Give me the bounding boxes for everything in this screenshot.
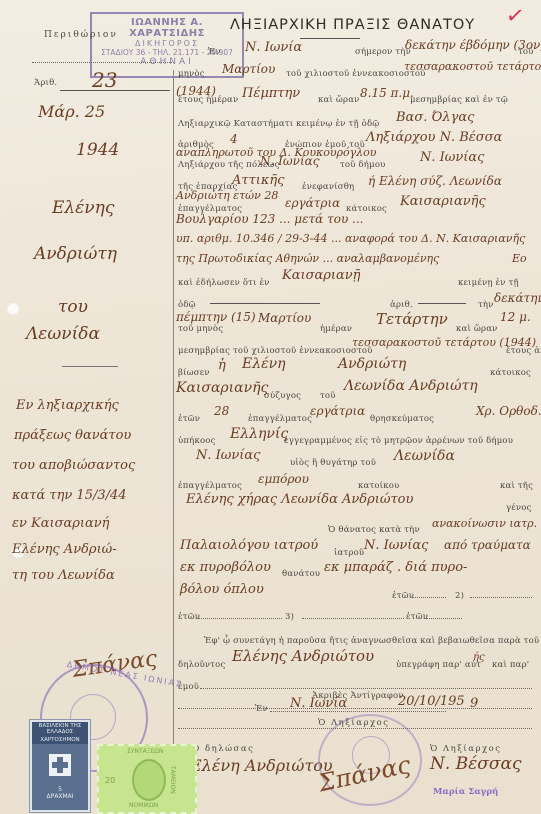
value-cause4: βόλου όπλου	[180, 582, 264, 597]
value-deceased-first: Ελένη	[242, 356, 286, 372]
label-hour: καὶ ὥραν	[456, 324, 498, 334]
margin-date-line1: Μάρ. 25	[38, 102, 105, 121]
value-deceased-residence: Καισαριανῆς	[176, 380, 268, 396]
dotted-line	[200, 688, 532, 689]
value-declarant: ή Ελένη σύζ. Λεωνίδα	[368, 174, 502, 188]
margin-note-line: του αποβιώσαντος	[12, 458, 135, 473]
label-en: Ἐν	[208, 47, 221, 57]
value-province: Αττικῆς	[232, 173, 284, 188]
label-3: 3)	[285, 612, 294, 622]
margin-name-line4: Λεωνίδα	[26, 324, 100, 344]
value-religion: Χρ. Ορθοδ.	[476, 404, 541, 418]
value-place: Ν. Ιωνία	[245, 40, 302, 55]
label-weekday: ἡμέραν	[320, 324, 352, 334]
value-hour: 8.15 π.μ.	[360, 86, 414, 100]
copy-date: 20/10/195	[398, 694, 465, 709]
label-years: ἐτῶν	[392, 591, 414, 601]
label-located: κειμένῃ ἐν τῇ	[458, 278, 519, 288]
label-and: καὶ τῆς	[500, 481, 533, 491]
value-father-profession: εμπόρου	[258, 472, 309, 486]
value-court: της Πρωτοδικίας Αθηνών ... αναλαμβανομέν…	[176, 252, 439, 265]
value-year: τεσσαρακοστοῦ τετάρτου	[404, 60, 541, 73]
margin-date-line2: 1944	[76, 140, 119, 160]
title-underline	[300, 38, 360, 39]
value-doctor-place: Ν. Ιωνίας	[364, 538, 428, 553]
label-municipality: τοῦ δήμου	[340, 160, 386, 170]
copy-year-suffix: 9	[470, 696, 478, 711]
stamp-currency: ΔΡΑΧΜΑΙ	[32, 793, 88, 800]
label-years: ἐτῶν	[178, 612, 200, 622]
label-cause: θανάτου	[282, 569, 320, 579]
value-residence: Καισαριανῆς	[400, 194, 486, 209]
label-and: καὶ παρ'	[492, 660, 529, 670]
label-birth: γένος	[506, 503, 532, 513]
value-permit: υπ. αριθμ. 10.346 / 29-3-44 ... αναφορά …	[176, 232, 525, 245]
label-spouse: σύζυγος	[264, 391, 301, 401]
value-article: ἡ	[218, 358, 226, 373]
value-age: 28	[214, 404, 229, 418]
margin-note-line: τη του Λεωνίδα	[12, 568, 115, 583]
margin-name-line2: Ανδριώτη	[34, 244, 117, 264]
label-profession: ἐπαγγέλματος	[178, 481, 242, 491]
number-label: Άριθ.	[34, 78, 57, 88]
label-street: ὁδῷ	[178, 300, 196, 310]
value-cert: ανακοίνωσιν ιατρ.	[432, 517, 537, 530]
label-month: μηνὸς	[178, 69, 205, 79]
value-deceased-profession: εργάτρια	[310, 404, 365, 418]
value-municipality: Ν. Ιωνίας	[420, 150, 484, 165]
dotted-line	[302, 618, 404, 619]
declarant-signature: Ελένη Ανδριώτου	[190, 756, 333, 775]
value-cause2: εκ πυροβόλου	[180, 560, 271, 575]
margin-note-line: Ελένης Ανδριώ-	[12, 542, 117, 557]
value-suffix: ής	[473, 652, 485, 663]
red-check-mark: ✓	[504, 3, 526, 30]
certificate-page: ✓ ΙΩΑΝΝΗΣ Α. ΧΑΡΑΤΣΙΔΗΣ ΔΙΚΗΓΟΡΟΣ ΣΤΑΔΙΟ…	[0, 0, 541, 814]
margin-separator	[62, 366, 118, 367]
value-doctor: Παλαιολόγου ιατρού	[180, 538, 318, 553]
dotted-line	[198, 618, 282, 619]
copy-place: Ν. Ιωνία	[290, 696, 347, 711]
closing-paragraph: Ἐφ' ᾧ συνετάγη ἡ παροῦσα ἥτις ἀναγνωσθεῖ…	[204, 636, 539, 646]
label-num: ἀριθ.	[390, 300, 413, 310]
label-religion: θρησκεύματος	[370, 414, 434, 424]
registrar-signature: Ν. Βέσσας	[430, 754, 522, 774]
revenue-stamp-blue: ΒΑΣΙΛΕΙΟΝ ΤΗΣ ΕΛΛΑΔΟΣ ΧΑΡΤΟΣΗΜΟΝ 5 ΔΡΑΧΜ…	[30, 720, 90, 812]
dotted-line	[270, 711, 446, 712]
purple-name-stamp: Μαρία Σαγρή	[433, 787, 498, 797]
stamp-value: 5	[32, 786, 88, 793]
registrar-label: Ὁ Ληξίαρχος	[430, 744, 502, 754]
value-officer: Ληξιάρχου Ν. Βέσσα	[366, 130, 502, 145]
value-death-place: Καισαριανῇ	[282, 268, 360, 283]
value-number: 4	[230, 132, 238, 146]
declarant-label: Ὁ δηλώσας	[192, 744, 254, 754]
label-years: ἐτῶν	[406, 612, 428, 622]
label-declarant: δηλοῦντος	[178, 660, 225, 670]
label-registered: ἐγγεγραμμένος εἰς τὸ μητρῷον ἀρρένων τοῦ…	[284, 436, 513, 446]
label-2: 2)	[455, 591, 464, 601]
label-signed: ὑπεγράφη παρ' αὐτ	[396, 660, 481, 670]
value-death-weekday: Τετάρτην	[376, 310, 448, 328]
label-resident: κάτοικος	[490, 368, 531, 378]
dotted-line	[32, 62, 172, 63]
stamp-header: ΒΑΣΙΛΕΙΟΝ ΤΗΣ ΕΛΛΑΔΟΣ	[32, 722, 88, 736]
label-appeared: ἐνεφανίσθη	[302, 182, 354, 192]
label-resident: κατοίκου	[358, 481, 399, 491]
value-registry-municipality: Ν. Ιωνίας	[196, 448, 260, 463]
value-cause3: εκ μπαράζ . διά πυρο-	[324, 560, 467, 575]
dotted-line	[412, 597, 446, 598]
value-city: Ν. Ιωνίας	[260, 154, 319, 168]
value-profession: εργάτρια	[285, 196, 340, 210]
margin-note-line: εν Καισαριανή	[12, 516, 109, 531]
portrait-icon	[132, 759, 166, 801]
value-address: Βουλγαρίου 123 ... μετά του ...	[176, 212, 364, 226]
value-cause1: από τραύματα	[444, 538, 531, 552]
label-today: σήμερον τὴν	[355, 47, 411, 57]
green-stamp-value: 20	[105, 776, 115, 785]
value-closing-declarant: Ελένης Ανδριώτου	[232, 647, 374, 665]
value-death-hour: 12 μ.	[500, 310, 531, 324]
greek-cross-icon	[49, 754, 71, 776]
revenue-stamp-green: ΣΥΝΤΑΞΕΩΝ ΤΑΜΕΙΟΝ ΝΟΜΙΚΩΝ 20	[97, 744, 197, 814]
label-died: ἔτους ἀπε-	[506, 346, 541, 356]
label-midday: μεσημβρίας καὶ ἐν τῷ	[410, 95, 508, 105]
value-deceased-last: Ανδριώτη	[338, 356, 406, 372]
copy-place-label: Ἐν	[255, 704, 268, 714]
value-mother: Ελένης χήρας Λεωνίδα Ανδριώτου	[186, 492, 413, 507]
label-tou: τοῦ	[518, 47, 534, 57]
margin-note-line: Εν ληξιαρχικής	[16, 398, 119, 413]
value-street: Βασ. Όλγας	[396, 110, 474, 125]
margin-name-line3: του	[58, 297, 88, 317]
dotted-line	[426, 618, 462, 619]
struck-line	[210, 303, 320, 304]
dotted-line	[178, 708, 532, 709]
margin-note-line: πράξεως θανάτου	[14, 428, 131, 443]
margin-note-line: κατά την 15/3/44	[12, 488, 127, 503]
label-death-per: Ὁ θάνατος κατὰ τὴν	[328, 525, 420, 535]
label-office: Ληξιαρχικῷ Καταστήματι κειμένῳ ἐν τῇ ὁδῷ	[178, 119, 379, 129]
value-death-month: Μαρτίου	[258, 311, 311, 325]
label-profession: ἐπαγγέλματος	[248, 414, 312, 424]
value-spouse: Λεωνίδα Ανδριώτη	[344, 378, 478, 394]
label-citizen: ὑπήκοος	[178, 436, 216, 446]
value-declarant2: Ανδριώτη ετών 28	[176, 189, 278, 202]
margin-name-line1: Ελένης	[52, 198, 114, 218]
value-death-day2: πέμπτην (15)	[176, 310, 256, 324]
value-citizen: Ελληνίς	[230, 426, 288, 442]
document-title: ΛΗΞΙΑΡΧΙΚΗ ΠΡΑΞΙΣ ΘΑΝΑΤΟΥ	[230, 17, 475, 33]
number-underline	[60, 90, 170, 91]
label-hour: καὶ ὥραν	[318, 95, 360, 105]
label-month: τοῦ μηνὸς	[178, 324, 223, 334]
margin-header: Περιθώριον	[44, 30, 118, 40]
value-weekday: Πέμπτην	[242, 86, 300, 101]
copy-registrar-label: Ὁ Ληξίαρχος	[318, 718, 390, 728]
stamp-header2: ΧΑΡΤΟΣΗΜΟΝ	[32, 736, 88, 744]
dotted-line	[470, 597, 532, 598]
green-stamp-bottom: ΝΟΜΙΚΩΝ	[129, 802, 158, 809]
green-stamp-top: ΣΥΝΤΑΞΕΩΝ	[127, 748, 163, 755]
label-doctor: ἰατροῦ	[334, 548, 364, 558]
value-father: Λεωνίδα	[394, 448, 455, 464]
label-died2: βίωσεν	[178, 368, 210, 378]
record-number: 23	[92, 68, 117, 92]
struck-line	[418, 303, 466, 304]
label-of: τοῦ	[320, 391, 336, 401]
label-midday: μεσημβρίας τοῦ χιλιοστοῦ ἐννεακοσιοστοῦ	[178, 346, 373, 356]
label-declared: καὶ ἐδήλωσεν ὅτι ἐν	[178, 278, 270, 288]
label-years: ἐτῶν	[178, 414, 200, 424]
label-child: υἱὸς ἢ θυγάτηρ τοῦ	[290, 458, 376, 468]
punch-hole	[6, 302, 20, 316]
label-the: τὴν	[478, 300, 494, 310]
label-day: ἔτους ἡμέραν	[178, 95, 238, 105]
value-month: Μαρτίου	[222, 62, 275, 76]
margin-divider	[173, 70, 174, 770]
green-stamp-side: ΤΑΜΕΙΟΝ	[169, 766, 176, 794]
value-death-day: δεκάτην	[494, 291, 541, 305]
value-mark: Εο	[512, 252, 527, 265]
